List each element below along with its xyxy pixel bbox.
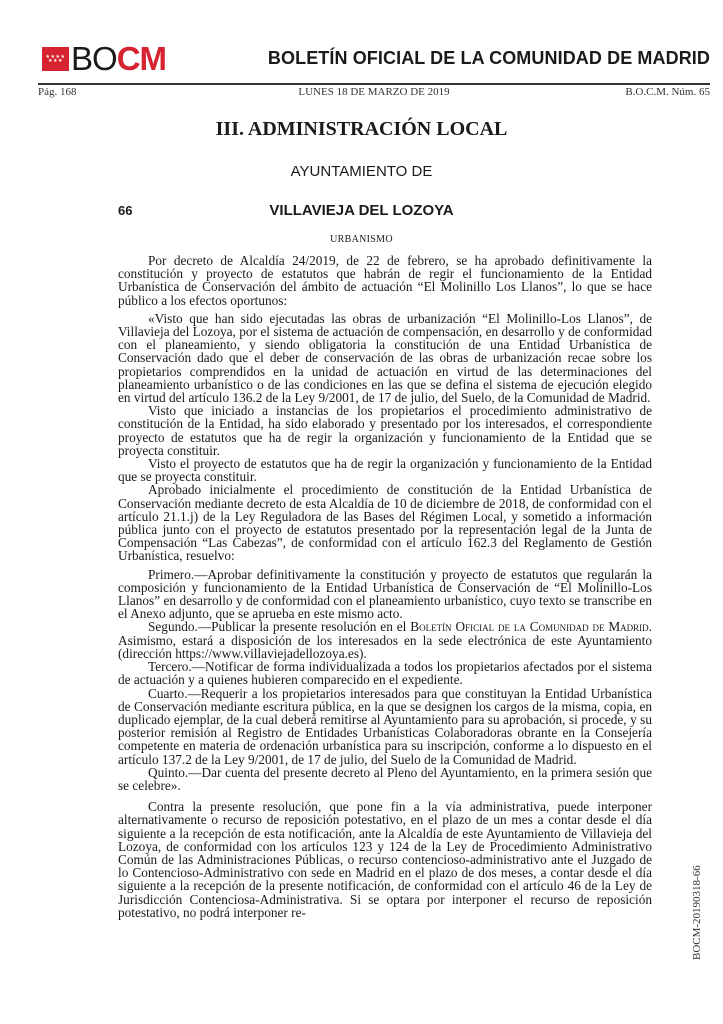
body-paragraph: Segundo.—Publicar la presente resolución… — [118, 620, 652, 660]
subject-heading: URBANISMO — [0, 234, 723, 245]
document-page: ★★★★★★★ BOCM BOLETÍN OFICIAL DE LA COMUN… — [0, 0, 723, 1024]
body-paragraph: Aprobado inicialmente el procedimiento d… — [118, 483, 652, 562]
section-title: III. ADMINISTRACIÓN LOCAL — [0, 118, 723, 141]
publication-title: BOLETÍN OFICIAL DE LA COMUNIDAD DE MADRI… — [268, 48, 710, 69]
document-body: Por decreto de Alcaldía 24/2019, de 22 d… — [118, 254, 652, 919]
header-rule — [38, 83, 710, 85]
entity-prefix: AYUNTAMIENTO DE — [0, 163, 723, 180]
issue-number: B.O.C.M. Núm. 65 — [625, 86, 710, 98]
bocm-logo: ★★★★★★★ BOCM — [42, 42, 166, 76]
masthead: ★★★★★★★ BOCM BOLETÍN OFICIAL DE LA COMUN… — [38, 40, 710, 78]
body-paragraph: «Visto que han sido ejecutadas las obras… — [118, 312, 652, 404]
logo-wordmark: BOCM — [71, 42, 166, 76]
body-paragraph: Visto que iniciado a instancias de los p… — [118, 404, 652, 457]
body-paragraph: Contra la presente resolución, que pone … — [118, 800, 652, 919]
body-paragraph: Visto el proyecto de estatutos que ha de… — [118, 457, 652, 483]
page-number: Pág. 168 — [38, 86, 77, 98]
issue-date: LUNES 18 DE MARZO DE 2019 — [38, 86, 710, 98]
municipality-name: VILLAVIEJA DEL LOZOYA — [0, 202, 723, 219]
body-paragraph: Primero.—Aprobar definitivamente la cons… — [118, 568, 652, 621]
body-paragraph: Tercero.—Notificar de forma individualiz… — [118, 660, 652, 686]
body-paragraph: Quinto.—Dar cuenta del presente decreto … — [118, 766, 652, 792]
madrid-stars-flag-icon: ★★★★★★★ — [42, 47, 69, 71]
body-paragraph: Por decreto de Alcaldía 24/2019, de 22 d… — [118, 254, 652, 307]
body-paragraph: Cuarto.—Requerir a los propietarios inte… — [118, 687, 652, 766]
document-code: BOCM-20190318-66 — [691, 865, 703, 960]
